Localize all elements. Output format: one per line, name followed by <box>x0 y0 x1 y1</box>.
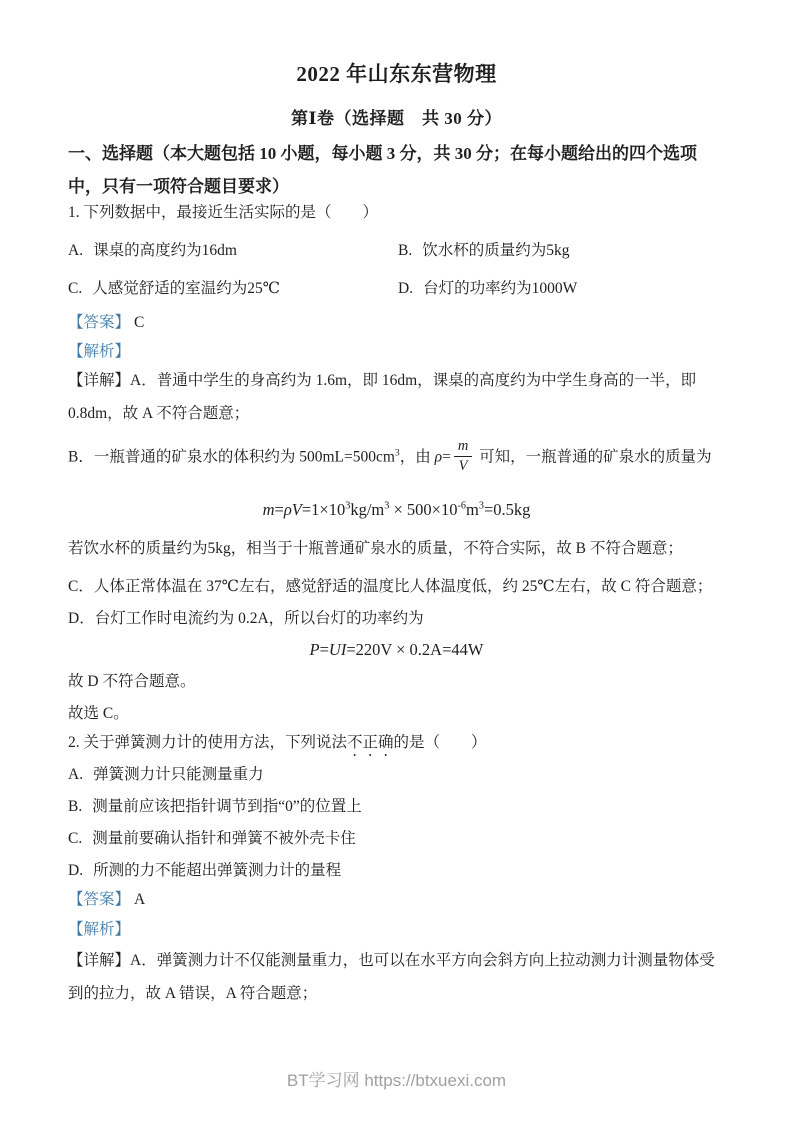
option-letter: A. <box>68 766 83 783</box>
q1-option-c: C.人感觉舒适的室温约为25℃ <box>68 278 398 300</box>
footer-link[interactable]: BT学习网 https://btxuexi.com <box>287 1071 506 1090</box>
option-text: 饮水杯的质量约为5kg <box>422 242 569 259</box>
option-letter: B. <box>68 798 82 815</box>
answer-value: A <box>134 891 145 908</box>
q1-detail-d2: 故 D 不符合题意。 <box>68 671 727 693</box>
q1-answer-line: 【答案】C <box>68 312 727 334</box>
option-text: 课桌的高度约为16dm <box>93 242 237 259</box>
rho-symbol: ρ <box>435 449 442 466</box>
option-text: 测量前要确认指针和弹簧不被外壳卡住 <box>92 830 356 847</box>
q2-stem-post: 的是（ ） <box>394 734 487 751</box>
superscript: -6 <box>457 501 466 512</box>
var-UI: UI <box>329 640 346 659</box>
q1-detail-c: C．人体正常体温在 37℃左右，感觉舒适的温度比人体温度低，约 25℃左右，故 … <box>68 576 727 598</box>
q2-option-b: B.测量前应该把指针调节到指“0”的位置上 <box>68 796 727 818</box>
option-text: 弹簧测力计只能测量重力 <box>93 766 264 783</box>
q2-stem-pre: 2. 关于弹簧测力计的使用方法，下列说法 <box>68 734 347 751</box>
q1-detail-b2: 若饮水杯的质量约为5kg，相当于十瓶普通矿泉水的质量，不符合实际，故 B 不符合… <box>68 538 727 560</box>
fraction-denominator: V <box>454 457 472 475</box>
option-letter: B. <box>398 242 412 259</box>
q1-detail-d: D．台灯工作时电流约为 0.2A，所以台灯的功率约为 <box>68 608 727 630</box>
fraction-numerator: m <box>454 438 472 457</box>
formula-text: kg/m <box>350 500 384 519</box>
q1-option-row-2: C.人感觉舒适的室温约为25℃ D.台灯的功率约为1000W <box>68 278 727 300</box>
var-rhoV: ρV <box>284 500 302 519</box>
option-letter: D. <box>398 280 413 297</box>
q1-detail-a: 【详解】A．普通中学生的身高约为 1.6m，即 16dm，课桌的高度约为中学生身… <box>68 364 727 430</box>
q1-conclusion: 故选 C。 <box>68 703 727 725</box>
equals-sign: = <box>320 640 329 659</box>
formula-text: m <box>466 500 479 519</box>
q2-answer-line: 【答案】A <box>68 889 727 911</box>
q1-detail-b: B．一瓶普通的矿泉水的体积约为 500mL=500cm3，由 ρ=mV 可知，一… <box>68 440 727 476</box>
q1-option-d: D.台灯的功率约为1000W <box>398 278 728 300</box>
formula-text: =0.5kg <box>484 500 530 519</box>
document-page: 2022 年山东东营物理 第Ⅰ卷（选择题 共 30 分） 一、选择题（本大题包括… <box>0 0 793 1122</box>
q1-option-b: B.饮水杯的质量约为5kg <box>398 240 728 262</box>
formula-text: =1×10 <box>302 500 345 519</box>
option-text: 人感觉舒适的室温约为25℃ <box>92 280 280 297</box>
option-letter: C. <box>68 830 82 847</box>
option-letter: C. <box>68 280 82 297</box>
option-letter: D. <box>68 862 83 879</box>
equals-sign: = <box>442 449 451 466</box>
q1-stem: 1. 下列数据中，最接近生活实际的是（ ） <box>68 202 727 224</box>
answer-value: C <box>134 314 144 331</box>
var-m: m <box>263 500 275 519</box>
q1-formula-mass: m=ρV=1×103kg/m3 × 500×10-6m3=0.5kg <box>0 498 793 522</box>
doc-title: 2022 年山东东营物理 <box>0 58 793 88</box>
q2-stem: 2. 关于弹簧测力计的使用方法，下列说法不正确的是（ ） <box>68 732 727 760</box>
q2-analysis-label: 【解析】 <box>68 919 727 941</box>
answer-label: 【答案】 <box>68 314 130 331</box>
equals-sign: = <box>275 500 284 519</box>
option-letter: A. <box>68 242 83 259</box>
option-text: 测量前应该把指针调节到指“0”的位置上 <box>92 798 362 815</box>
section-header: 第Ⅰ卷（选择题 共 30 分） <box>0 104 793 129</box>
var-P: P <box>310 640 320 659</box>
option-text: 所测的力不能超出弹簧测力计的量程 <box>93 862 341 879</box>
section-instructions: 一、选择题（本大题包括 10 小题，每小题 3 分，共 30 分；在每小题给出的… <box>68 137 727 203</box>
q2-option-d: D.所测的力不能超出弹簧测力计的量程 <box>68 860 727 882</box>
answer-label: 【答案】 <box>68 891 130 908</box>
option-text: 台灯的功率约为1000W <box>423 280 577 297</box>
emphasized-term: 不正确 <box>347 734 394 751</box>
q1-option-a: A.课桌的高度约为16dm <box>68 240 398 262</box>
formula-text: × 500×10 <box>389 500 457 519</box>
detail-b-pre: B．一瓶普通的矿泉水的体积约为 500mL=500cm <box>68 449 395 466</box>
fraction-m-over-V: mV <box>454 438 472 474</box>
detail-b-post: 可知，一瓶普通的矿泉水的质量为 <box>475 449 711 466</box>
q1-option-row-1: A.课桌的高度约为16dm B.饮水杯的质量约为5kg <box>68 240 727 262</box>
formula-text: =220V × 0.2A=44W <box>346 640 483 659</box>
q1-formula-power: P=UI=220V × 0.2A=44W <box>0 638 793 662</box>
q1-analysis-label: 【解析】 <box>68 341 727 363</box>
footer-credit: BT学习网 https://btxuexi.com <box>0 1066 793 1091</box>
q2-detail-a: 【详解】A．弹簧测力计不仅能测量重力，也可以在水平方向会斜方向上拉动测力计测量物… <box>68 944 727 1010</box>
q2-option-c: C.测量前要确认指针和弹簧不被外壳卡住 <box>68 828 727 850</box>
detail-b-mid: ，由 <box>400 449 435 466</box>
q2-option-a: A.弹簧测力计只能测量重力 <box>68 764 727 786</box>
